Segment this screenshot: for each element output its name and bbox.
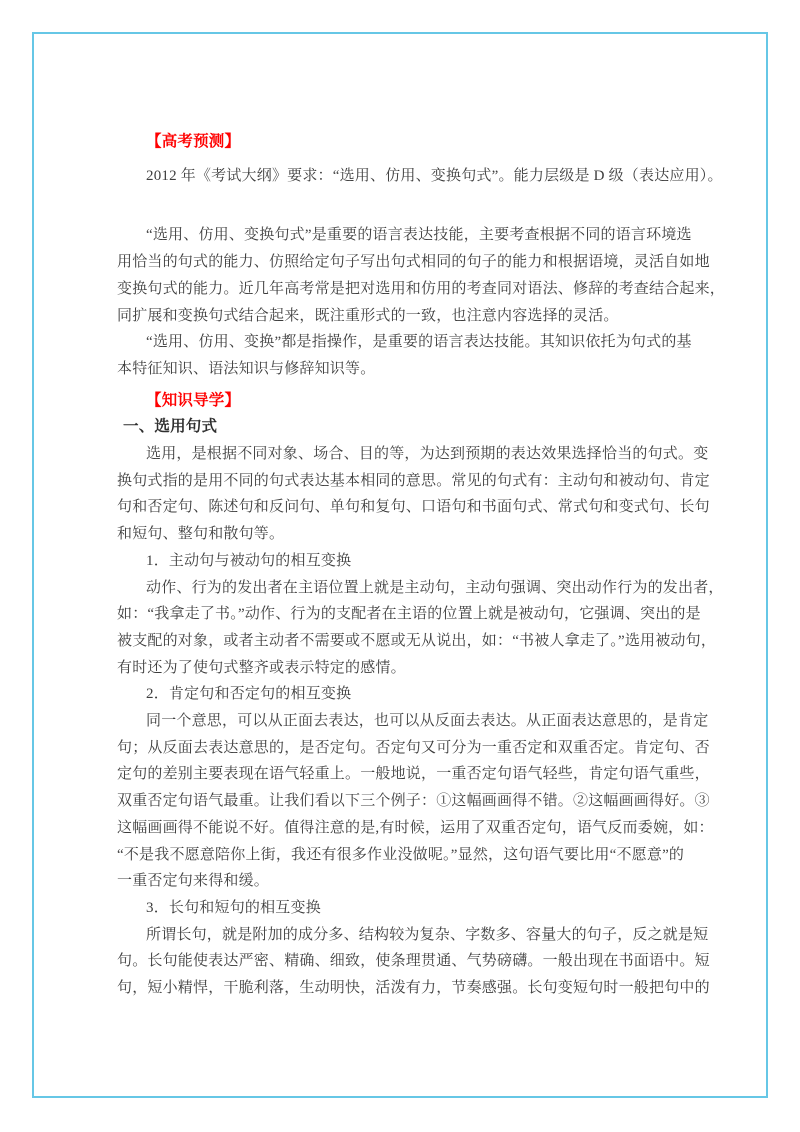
text-line: 选用，是根据不同对象、场合、目的等，为达到预期的表达效果选择恰当的句式。变	[117, 441, 714, 468]
text-line: 同扩展和变换句式结合起来，既注重形式的一致，也注意内容选择的灵活。	[117, 303, 714, 330]
text-line: 句。长句能使表达严密、精确、细致，使条理贯通、气势磅礴。一般出现在书面语中。短	[117, 948, 714, 975]
heading-exam-forecast: 【高考预测】	[117, 129, 714, 156]
text-line: 动作、行为的发出者在主语位置上就是主动句，主动句强调、突出动作行为的发出者，	[117, 575, 714, 602]
text-line: 本特征知识、语法知识与修辞知识等。	[117, 356, 714, 383]
text-line: 如：“我拿走了书。”动作、行为的支配者在主语的位置上就是被动句，它强调、突出的是	[117, 601, 714, 628]
subheading-affirmative-negative: 2．肯定句和否定句的相互变换	[117, 681, 714, 708]
text-line: 用恰当的句式的能力、仿照给定句子写出句式相同的句子的能力和根据语境，灵活自如地	[117, 249, 714, 276]
text-line: 句和否定句、陈述句和反问句、单句和复句、口语句和书面句式、常式句和变式句、长句	[117, 494, 714, 521]
text-line: 和短句、整句和散句等。	[117, 521, 714, 548]
text-line: 同一个意思，可以从正面去表达，也可以从反面去表达。从正面表达意思的，是肯定	[117, 708, 714, 735]
paragraph-affirmative-negative: 同一个意思，可以从正面去表达，也可以从反面去表达。从正面表达意思的，是肯定 句；…	[117, 708, 714, 895]
paragraph-active-passive: 动作、行为的发出者在主语位置上就是主动句，主动句强调、突出动作行为的发出者， 如…	[117, 575, 714, 682]
text-line: 这幅画画得不能说不好。值得注意的是,有时候，运用了双重否定句，语气反而委婉，如：	[117, 815, 714, 842]
text-line: 句，短小精悍，干脆利落，生动明快，活泼有力，节奏感强。长句变短句时一般把句中的	[117, 975, 714, 1002]
paragraph-operation-basis: “选用、仿用、变换”都是指操作，是重要的语言表达技能。其知识依托为句式的基 本特…	[117, 329, 714, 382]
text-line: 定句的差别主要表现在语气轻重上。一般地说，一重否定句语气轻些，肯定句语气重些，	[117, 761, 714, 788]
text-line: 变换句式的能力。近几年高考常是把对选用和仿用的考查同对语法、修辞的考查结合起来，	[117, 276, 714, 303]
text-line: 一重否定句来得和缓。	[117, 868, 714, 895]
heading-knowledge-guide: 【知识导学】	[117, 388, 714, 415]
subheading-long-short: 3．长句和短句的相互变换	[117, 895, 714, 922]
text-line: 所谓长句，就是附加的成分多、结构较为复杂、字数多、容量大的句子，反之就是短	[117, 922, 714, 949]
paragraph-skill-overview: “选用、仿用、变换句式”是重要的语言表达技能，主要考查根据不同的语言环境选 用恰…	[117, 222, 714, 329]
paragraph-requirement: 2012 年《考试大纲》要求：“选用、仿用、变换句式”。能力层级是 D 级（表达…	[117, 163, 714, 190]
text-line: “选用、仿用、变换句式”是重要的语言表达技能，主要考查根据不同的语言环境选	[117, 222, 714, 249]
document-page: 【高考预测】 2012 年《考试大纲》要求：“选用、仿用、变换句式”。能力层级是…	[0, 0, 800, 1132]
paragraph-sentence-selection: 选用，是根据不同对象、场合、目的等，为达到预期的表达效果选择恰当的句式。变 换句…	[117, 441, 714, 548]
subheading-active-passive: 1．主动句与被动句的相互变换	[117, 548, 714, 575]
text-line: 换句式指的是用不同的句式表达基本相同的意思。常见的句式有：主动句和被动句、肯定	[117, 468, 714, 495]
heading-section-one: 一、选用句式	[117, 414, 714, 441]
blank-line	[117, 189, 714, 222]
document-content: 【高考预测】 2012 年《考试大纲》要求：“选用、仿用、变换句式”。能力层级是…	[117, 129, 714, 1002]
text-line: 句；从反面去表达意思的，是否定句。否定句又可分为一重否定和双重否定。肯定句、否	[117, 735, 714, 762]
text-line: “选用、仿用、变换”都是指操作，是重要的语言表达技能。其知识依托为句式的基	[117, 329, 714, 356]
text-line: 被支配的对象，或者主动者不需要或不愿或无从说出，如：“书被人拿走了。”选用被动句…	[117, 628, 714, 655]
text-line: 双重否定句语气最重。让我们看以下三个例子：①这幅画画得不错。②这幅画画得好。③	[117, 788, 714, 815]
text-line: 有时还为了使句式整齐或表示特定的感情。	[117, 655, 714, 682]
paragraph-long-short: 所谓长句，就是附加的成分多、结构较为复杂、字数多、容量大的句子，反之就是短 句。…	[117, 922, 714, 1002]
text-line: 2012 年《考试大纲》要求：“选用、仿用、变换句式”。能力层级是 D 级（表达…	[117, 163, 714, 190]
text-line: “不是我不愿意陪你上街，我还有很多作业没做呢。”显然，这句语气要比用“不愿意”的	[117, 842, 714, 869]
